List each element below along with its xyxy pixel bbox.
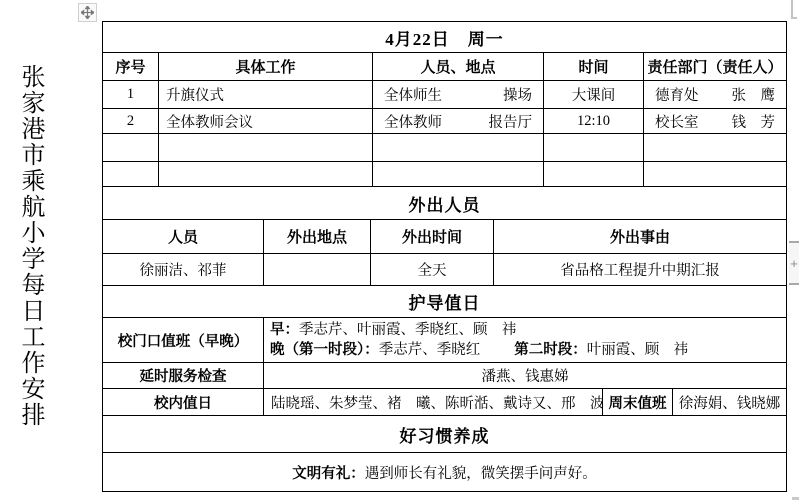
gate-duty-line1-names: 季志芹、叶丽霞、季晓红、顾 祎 xyxy=(299,322,517,338)
table-row xyxy=(103,161,786,186)
outing-header-place: 外出地点 xyxy=(263,220,370,253)
cell-dept: 德育处 xyxy=(655,84,699,105)
outing-place xyxy=(263,254,370,285)
table-row: 1 升旗仪式 全体师生 操场 大课间 德育处 张 鹰 xyxy=(103,80,786,108)
table-row: 2 全体教师会议 全体教师 报告厅 12:10 校长室 钱 芳 xyxy=(103,108,786,133)
date-header: 4月22日 周一 xyxy=(103,22,786,52)
cell-place: 操场 xyxy=(503,84,532,105)
table-row xyxy=(103,133,786,161)
daily-schedule-table: 4月22日 周一 序号 具体工作 人员、地点 时间 责任部门（责任人） 1 升旗… xyxy=(102,21,787,492)
table-row: 校内值日 陆晓瑶、朱梦莹、褚 曦、陈昕湉、戴诗又、邢 波 周末值班 徐海娟、钱晓… xyxy=(103,388,786,415)
col-header-time: 时间 xyxy=(543,53,643,80)
cell-people-place xyxy=(372,162,543,186)
cell-people-place xyxy=(372,134,543,161)
cell-no xyxy=(103,162,158,186)
cell-no: 2 xyxy=(103,109,158,133)
cell-dept-person: 校长室 钱 芳 xyxy=(643,109,786,133)
cell-place: 报告厅 xyxy=(489,111,533,132)
habit-text: 遇到师长有礼貌，微笑摆手问声好。 xyxy=(365,462,597,483)
cell-time: 大课间 xyxy=(543,81,643,108)
outing-time: 全天 xyxy=(370,254,493,285)
cell-work: 升旗仪式 xyxy=(158,81,372,108)
gate-duty-line1: 早：季志芹、叶丽霞、季晓红、顾 祎 xyxy=(270,320,517,340)
outing-header-people: 人员 xyxy=(103,220,263,253)
cell-people: 全体师生 xyxy=(384,84,442,105)
table-row: 徐丽洁、祁菲 全天 省品格工程提升中期汇报 xyxy=(103,253,786,285)
section-title-duty: 护导值日 xyxy=(103,286,786,317)
campus-duty-label: 校内值日 xyxy=(103,389,263,415)
cell-time xyxy=(543,162,643,186)
gate-duty-label: 校门口值班（早晚） xyxy=(103,318,263,362)
cell-work xyxy=(158,134,372,161)
cell-work: 全体教师会议 xyxy=(158,109,372,133)
col-header-no: 序号 xyxy=(103,53,158,80)
habit-lead: 文明有礼： xyxy=(292,462,365,483)
cell-no xyxy=(103,134,158,161)
cell-dept-person xyxy=(643,162,786,186)
table-move-handle-button[interactable] xyxy=(78,3,97,22)
document-page: 张家港市乘航小学每日工作安排 4月22日 周一 序号 具体工作 人员、地点 时间… xyxy=(0,0,799,503)
weekend-duty-label: 周末值班 xyxy=(602,389,672,415)
cell-people-place: 全体教师 报告厅 xyxy=(372,109,543,133)
cell-dept-person: 德育处 张 鹰 xyxy=(643,81,786,108)
scrollbar-split-button[interactable]: + xyxy=(789,241,799,285)
scrollbar-bottom-fragment[interactable] xyxy=(792,497,799,500)
col-header-work: 具体工作 xyxy=(158,53,372,80)
cell-dept-person xyxy=(643,134,786,161)
gate-duty-line2-names: 季志芹、季晓红 xyxy=(379,342,481,358)
gate-duty-line2b-label: 第二时段： xyxy=(514,342,587,358)
cell-time xyxy=(543,134,643,161)
outing-header-reason: 外出事由 xyxy=(493,220,786,253)
col-header-people-place: 人员、地点 xyxy=(372,53,543,80)
page-corner-mark xyxy=(791,0,797,19)
cell-person: 钱 芳 xyxy=(732,111,776,132)
cell-people-place: 全体师生 操场 xyxy=(372,81,543,108)
delay-check-value: 潘燕、钱惠娣 xyxy=(263,363,786,388)
section-title-outing: 外出人员 xyxy=(103,187,786,219)
outing-header-time: 外出时间 xyxy=(370,220,493,253)
cell-person: 张 鹰 xyxy=(732,84,776,105)
cell-dept: 校长室 xyxy=(655,111,699,132)
outing-reason: 省品格工程提升中期汇报 xyxy=(493,254,786,285)
vertical-doc-title: 张家港市乘航小学每日工作安排 xyxy=(14,64,46,436)
col-header-dept: 责任部门（责任人） xyxy=(643,53,786,80)
table-row: 延时服务检查 潘燕、钱惠娣 xyxy=(103,362,786,388)
cell-people: 全体教师 xyxy=(384,111,442,132)
gate-duty-line2-label: 晚（第一时段）： xyxy=(270,342,379,358)
cell-time: 12:10 xyxy=(543,109,643,133)
gate-duty-line1-label: 早： xyxy=(270,322,299,338)
cell-work xyxy=(158,162,372,186)
habit-content: 文明有礼：遇到师长有礼貌，微笑摆手问声好。 xyxy=(103,453,786,491)
gate-duty-content: 早：季志芹、叶丽霞、季晓红、顾 祎 晚（第一时段）：季志芹、季晓红第二时段：叶丽… xyxy=(263,318,786,362)
weekend-duty-value: 徐海娟、钱晓娜 xyxy=(672,389,786,415)
section-title-habit: 好习惯养成 xyxy=(103,416,786,452)
delay-check-label: 延时服务检查 xyxy=(103,363,263,388)
outing-people: 徐丽洁、祁菲 xyxy=(103,254,263,285)
cell-no: 1 xyxy=(103,81,158,108)
gate-duty-line2: 晚（第一时段）：季志芹、季晓红第二时段：叶丽霞、顾 祎 xyxy=(270,340,688,360)
campus-duty-value: 陆晓瑶、朱梦莹、褚 曦、陈昕湉、戴诗又、邢 波 xyxy=(263,389,602,415)
gate-duty-line2b-names: 叶丽霞、顾 祎 xyxy=(587,342,689,358)
table-row: 校门口值班（早晚） 早：季志芹、叶丽霞、季晓红、顾 祎 晚（第一时段）：季志芹、… xyxy=(103,317,786,362)
move-icon xyxy=(81,6,94,19)
table-row: 文明有礼：遇到师长有礼貌，微笑摆手问声好。 xyxy=(103,452,786,491)
